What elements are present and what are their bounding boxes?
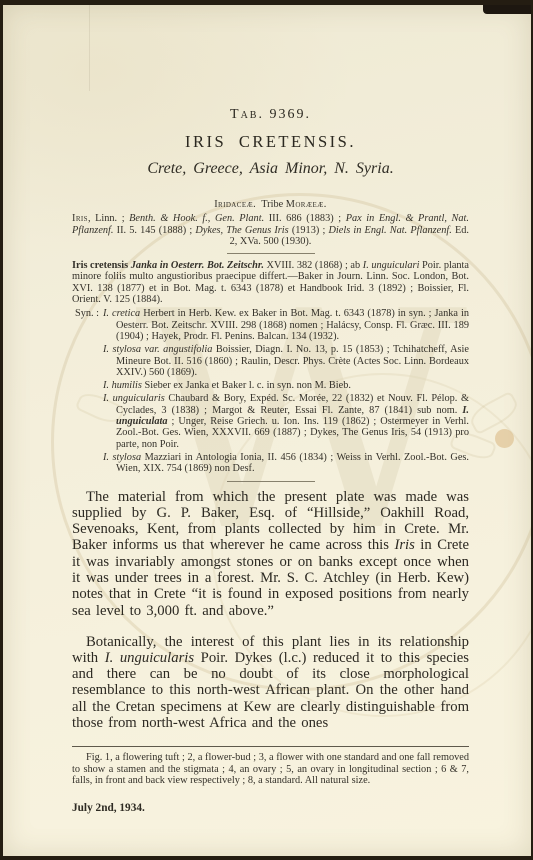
- genus-citation: Iris, Linn. ; Benth. & Hook. f., Gen. Pl…: [72, 213, 469, 247]
- plate-number: Tab. 9369.: [72, 107, 469, 123]
- paper-crease: [89, 5, 90, 91]
- family-tribe-line: Iridaceæ. Tribe Moræeæ.: [72, 199, 469, 210]
- watermark-orbit-dot-icon: [495, 429, 514, 448]
- body-paragraph: The material from which the present plat…: [72, 489, 469, 619]
- section-divider: [227, 253, 315, 254]
- scan-edge-shadow: [483, 5, 531, 14]
- synonym-item: I. stylosa var. angustifolia Boissier, D…: [72, 344, 469, 378]
- species-title: IRIS CRETENSIS.: [72, 132, 469, 152]
- synonym-label: Syn. :: [75, 308, 99, 319]
- caption-divider: [72, 746, 469, 747]
- watermark-leaf-icon: [466, 391, 521, 436]
- synonym-item: I. stylosa Mazziari in Antologia Ionia, …: [72, 452, 469, 475]
- synonym-item: I. unguicularis Chaubard & Bory, Expéd. …: [72, 393, 469, 449]
- publication-date: July 2nd, 1934.: [72, 802, 469, 814]
- distribution-subtitle: Crete, Greece, Asia Minor, N. Syria.: [72, 159, 469, 178]
- body-paragraph: Botanically, the interest of this plant …: [72, 634, 469, 732]
- figure-caption: Fig. 1, a flowering tuft ; 2, a flower-b…: [72, 752, 469, 787]
- synonym-list: Syn. :I. cretica Herbert in Herb. Kew. e…: [72, 308, 469, 474]
- species-entry-citation: Iris cretensis Janka in Oesterr. Bot. Ze…: [72, 260, 469, 305]
- paper: W Tab. 9369. IRIS CRETENSIS. Crete, Gree…: [3, 5, 531, 856]
- synonym-item: I. humilis Sieber ex Janka et Baker l. c…: [72, 380, 469, 391]
- synonym-item: Syn. :I. cretica Herbert in Herb. Kew. e…: [72, 308, 469, 342]
- page-scan: W Tab. 9369. IRIS CRETENSIS. Crete, Gree…: [0, 0, 533, 860]
- section-divider: [227, 481, 315, 482]
- page-content: Tab. 9369. IRIS CRETENSIS. Crete, Greece…: [72, 107, 469, 814]
